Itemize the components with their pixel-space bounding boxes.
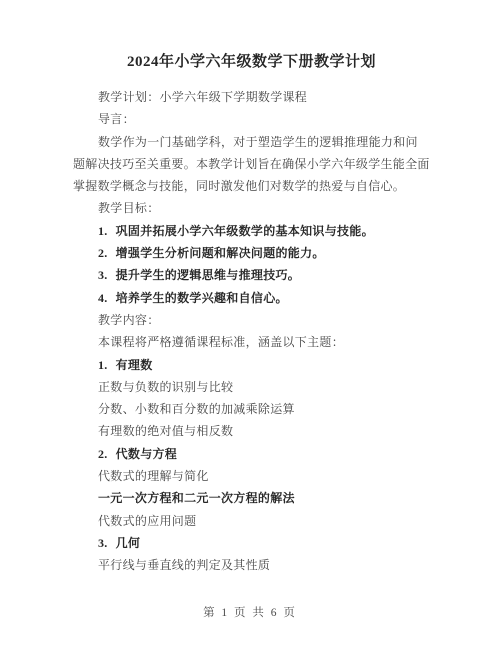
- line-text: 本课程将严格遵循课程标准，涵盖以下主题：: [98, 335, 344, 349]
- line-text: 巩固并拓展小学六年级数学的基本知识与技能。: [116, 224, 374, 238]
- page-number-text: 第 1 页 共 6 页: [203, 607, 297, 619]
- line-text: 一元一次方程和二元一次方程的解法: [98, 491, 295, 505]
- line-text: 几何: [116, 536, 141, 550]
- paragraph-line: 教学目标：: [73, 197, 430, 219]
- list-item: 1.有理数: [73, 354, 430, 376]
- document-title: 2024年小学六年级数学下册教学计划: [73, 50, 430, 74]
- list-item: 3.几何: [73, 532, 430, 554]
- list-number: 1.: [98, 224, 108, 238]
- line-text: 增强学生分析问题和解决问题的能力。: [116, 246, 325, 260]
- paragraph-line: 有理数的绝对值与相反数: [73, 420, 430, 442]
- paragraph-line: 代数式的应用问题: [73, 510, 430, 532]
- line-text: 导言：: [98, 112, 135, 126]
- list-number: 3.: [98, 536, 108, 550]
- line-text: 教学计划：小学六年级下学期数学课程: [98, 90, 307, 104]
- list-number: 1.: [98, 358, 108, 372]
- line-text: 数学作为一门基础学科，对于塑造学生的逻辑推理能力和问题解决技巧至关重要。本教学计…: [73, 135, 430, 194]
- paragraph-line: 教学计划：小学六年级下学期数学课程: [73, 86, 430, 108]
- line-text: 代数与方程: [116, 447, 178, 461]
- document-page: 2024年小学六年级数学下册教学计划 教学计划：小学六年级下学期数学课程导言：数…: [0, 0, 500, 647]
- paragraph-line: 导言：: [73, 108, 430, 130]
- paragraph-line: 正数与负数的识别与比较: [73, 376, 430, 398]
- paragraph-line: 教学内容：: [73, 309, 430, 331]
- line-text: 教学内容：: [98, 313, 160, 327]
- line-text: 代数式的理解与简化: [98, 469, 209, 483]
- page-number-footer: 第 1 页 共 6 页: [0, 604, 500, 620]
- paragraph-line: 数学作为一门基础学科，对于塑造学生的逻辑推理能力和问题解决技巧至关重要。本教学计…: [73, 131, 430, 198]
- list-number: 4.: [98, 291, 108, 305]
- document-body: 教学计划：小学六年级下学期数学课程导言：数学作为一门基础学科，对于塑造学生的逻辑…: [73, 86, 430, 577]
- paragraph-line: 本课程将严格遵循课程标准，涵盖以下主题：: [73, 331, 430, 353]
- paragraph-line: 平行线与垂直线的判定及其性质: [73, 554, 430, 576]
- list-number: 2.: [98, 246, 108, 260]
- line-text: 提升学生的逻辑思维与推理技巧。: [116, 268, 301, 282]
- list-item: 4.培养学生的数学兴趣和自信心。: [73, 287, 430, 309]
- line-text: 教学目标：: [98, 201, 160, 215]
- line-text: 有理数的绝对值与相反数: [98, 424, 233, 438]
- line-text: 代数式的应用问题: [98, 514, 196, 528]
- list-number: 2.: [98, 447, 108, 461]
- list-item: 2.增强学生分析问题和解决问题的能力。: [73, 242, 430, 264]
- line-text: 平行线与垂直线的判定及其性质: [98, 558, 270, 572]
- line-text: 有理数: [116, 358, 153, 372]
- list-item: 1.巩固并拓展小学六年级数学的基本知识与技能。: [73, 220, 430, 242]
- line-text: 正数与负数的识别与比较: [98, 380, 233, 394]
- line-text: 分数、小数和百分数的加减乘除运算: [98, 402, 295, 416]
- paragraph-line: 分数、小数和百分数的加减乘除运算: [73, 398, 430, 420]
- list-number: 3.: [98, 268, 108, 282]
- paragraph-line: 一元一次方程和二元一次方程的解法: [73, 487, 430, 509]
- list-item: 3.提升学生的逻辑思维与推理技巧。: [73, 264, 430, 286]
- paragraph-line: 代数式的理解与简化: [73, 465, 430, 487]
- list-item: 2.代数与方程: [73, 443, 430, 465]
- line-text: 培养学生的数学兴趣和自信心。: [116, 291, 288, 305]
